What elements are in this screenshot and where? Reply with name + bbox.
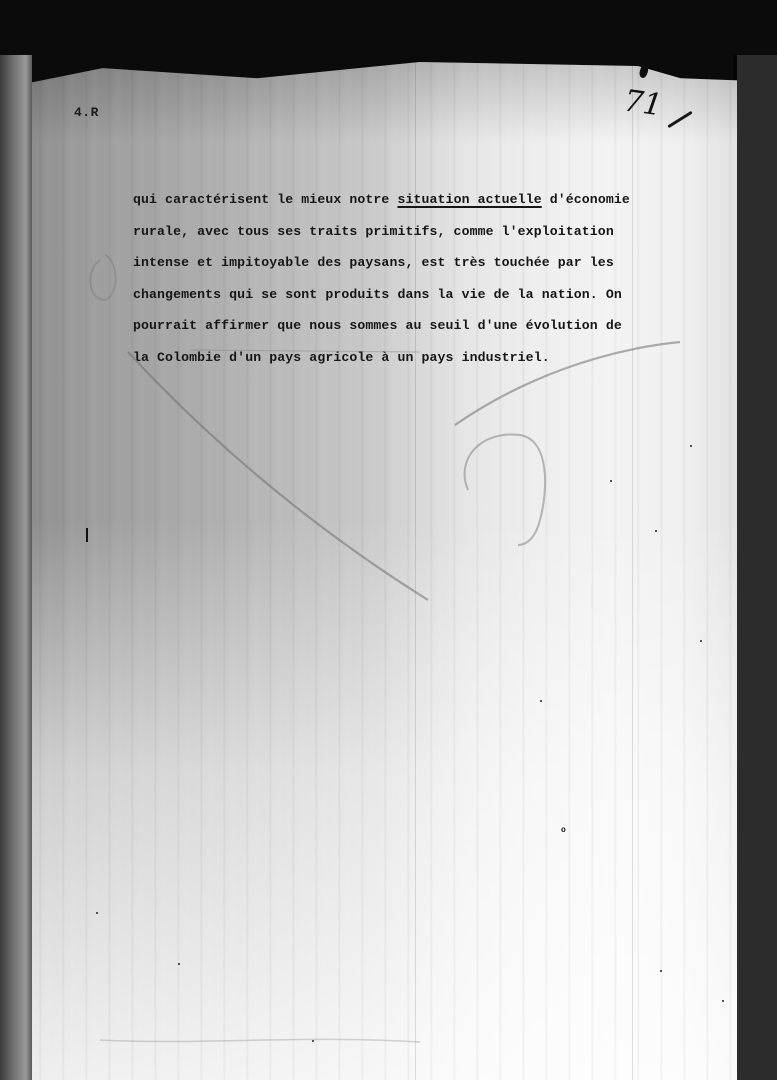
text-segment: la Colombie d'un pays agricole à un pays… <box>133 350 550 365</box>
folio-number: 71 <box>622 84 665 124</box>
stray-mark: o <box>561 826 566 835</box>
text-segment: intense et impitoyable des paysans, est … <box>133 255 614 270</box>
text-line: intense et impitoyable des paysans, est … <box>133 247 703 279</box>
text-segment: d'économie <box>542 192 630 207</box>
text-segment: qui caractérisent le mieux notre <box>133 192 397 207</box>
text-segment: rurale, avec tous ses traits primitifs, … <box>133 224 614 239</box>
text-line: pourrait affirmer que nous sommes au seu… <box>133 310 703 342</box>
margin-mark <box>86 528 88 542</box>
text-segment: changements qui se sont produits dans la… <box>133 287 622 302</box>
text-line: la Colombie d'un pays agricole à un pays… <box>133 342 703 374</box>
reference-mark: 4.R <box>74 105 99 120</box>
scanned-document: 4.R 71 qui caractérisent le mieux notre … <box>0 0 777 1080</box>
text-line: rurale, avec tous ses traits primitifs, … <box>133 216 703 248</box>
film-border-left <box>0 55 32 1080</box>
text-line: qui caractérisent le mieux notre situati… <box>133 184 703 216</box>
text-line: changements qui se sont produits dans la… <box>133 279 703 311</box>
typewritten-paragraph: qui caractérisent le mieux notre situati… <box>133 184 703 373</box>
underlined-phrase: situation actuelle <box>397 192 541 207</box>
film-border-right <box>733 55 777 1080</box>
text-segment: pourrait affirmer que nous sommes au seu… <box>133 318 622 333</box>
